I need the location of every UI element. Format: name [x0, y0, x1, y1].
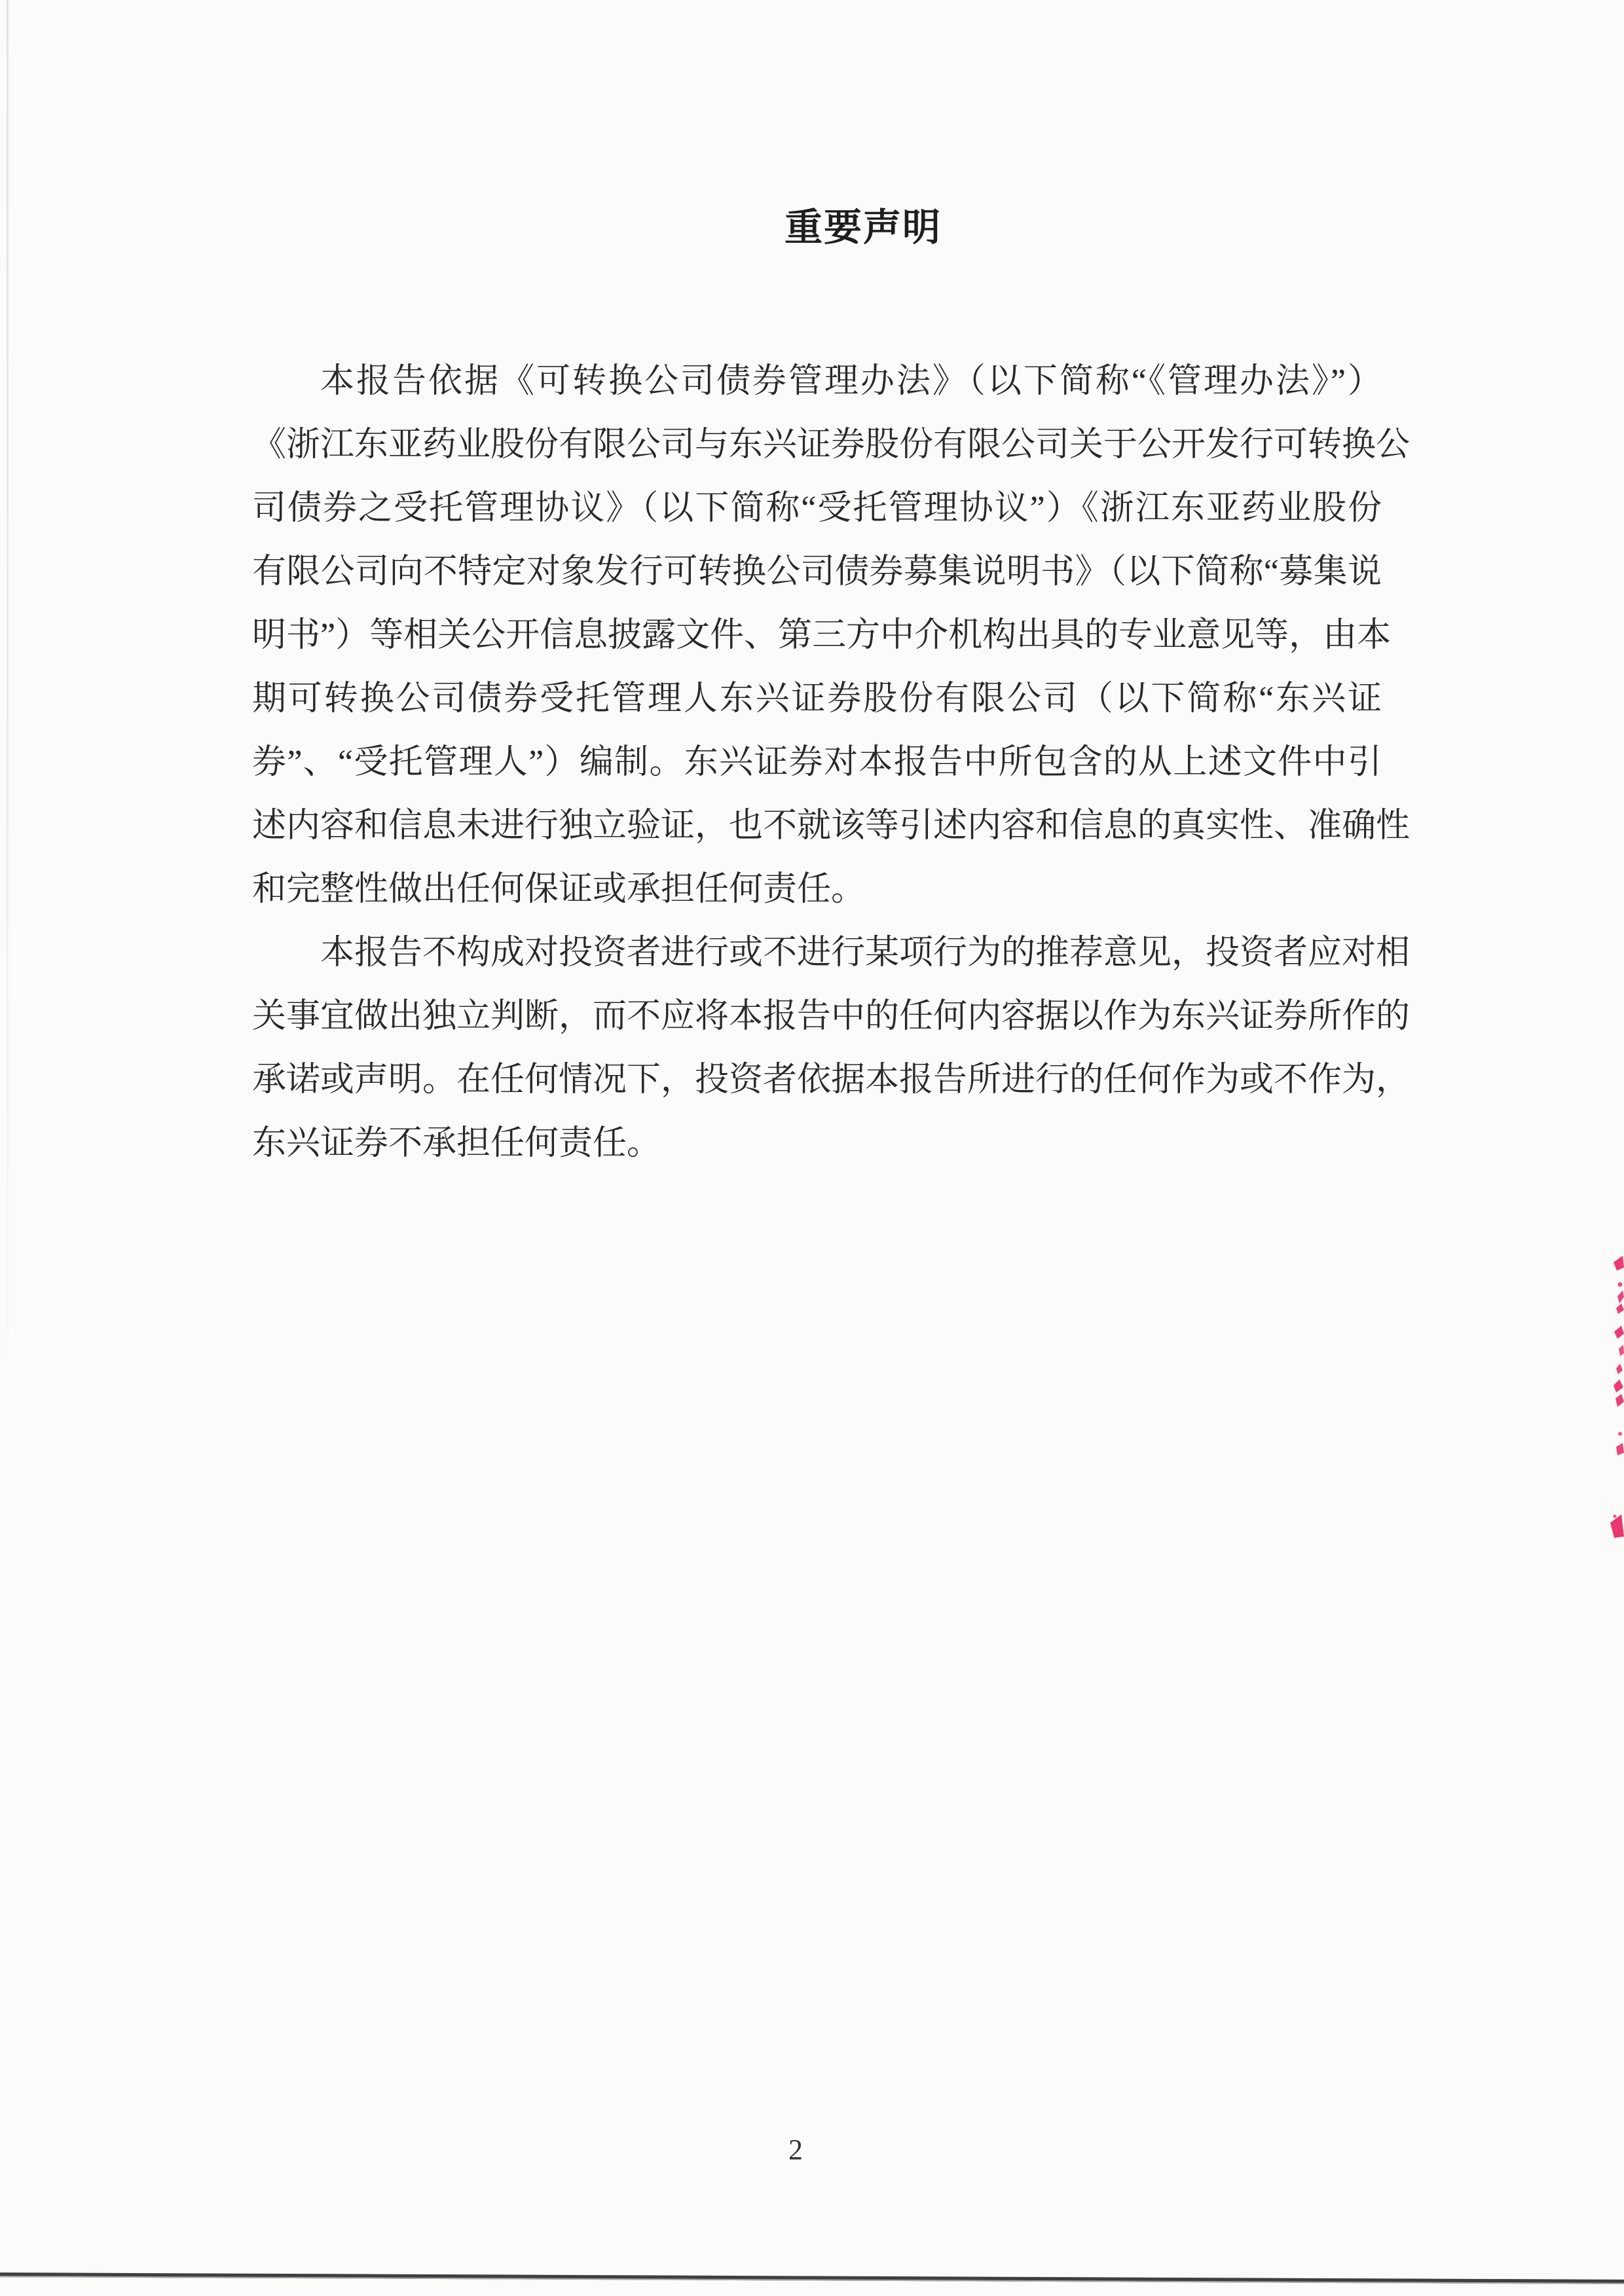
body-line: 有限公司向不特定对象发行可转换公司债券募集说明书》（以下简称“募集说 [252, 540, 1382, 604]
scan-edge-left [7, 0, 9, 1423]
scan-edge-bottom [0, 2272, 1624, 2284]
page-title: 重要声明 [784, 196, 942, 251]
body-line: 司债券之受托管理协议》（以下简称“受托管理协议”）《浙江东亚药业股份 [252, 477, 1382, 540]
body-line: 本报告依据《可转换公司债券管理办法》（以下简称“《管理办法》”） [252, 350, 1382, 413]
body-line: 述内容和信息未进行独立验证，也不就该等引述内容和信息的真实性、准确性 [252, 794, 1382, 858]
body-line: 《浙江东亚药业股份有限公司与东兴证券股份有限公司关于公开发行可转换公 [252, 413, 1382, 477]
red-seal-fragment-icon [1598, 1244, 1624, 1558]
statement-body: 本报告依据《可转换公司债券管理办法》（以下简称“《管理办法》”） 《浙江东亚药业… [252, 350, 1382, 1175]
body-line: 券”、“受托管理人”）编制。东兴证券对本报告中所包含的从上述文件中引 [252, 731, 1382, 794]
document-page: 重要声明 本报告依据《可转换公司债券管理办法》（以下简称“《管理办法》”） 《浙… [0, 0, 1624, 2296]
body-line: 和完整性做出任何保证或承担任何责任。 [252, 858, 1382, 921]
body-line: 明书”）等相关公开信息披露文件、第三方中介机构出具的专业意见等，由本 [252, 604, 1382, 667]
body-line: 关事宜做出独立判断，而不应将本报告中的任何内容据以作为东兴证券所作的 [252, 985, 1382, 1048]
page-number: 2 [788, 2133, 803, 2167]
body-line: 东兴证券不承担任何责任。 [252, 1112, 1382, 1175]
body-line: 本报告不构成对投资者进行或不进行某项行为的推荐意见，投资者应对相 [252, 921, 1382, 985]
body-line: 承诺或声明。在任何情况下，投资者依据本报告所进行的任何作为或不作为， [252, 1048, 1382, 1112]
body-line: 期可转换公司债券受托管理人东兴证券股份有限公司（以下简称“东兴证 [252, 667, 1382, 731]
